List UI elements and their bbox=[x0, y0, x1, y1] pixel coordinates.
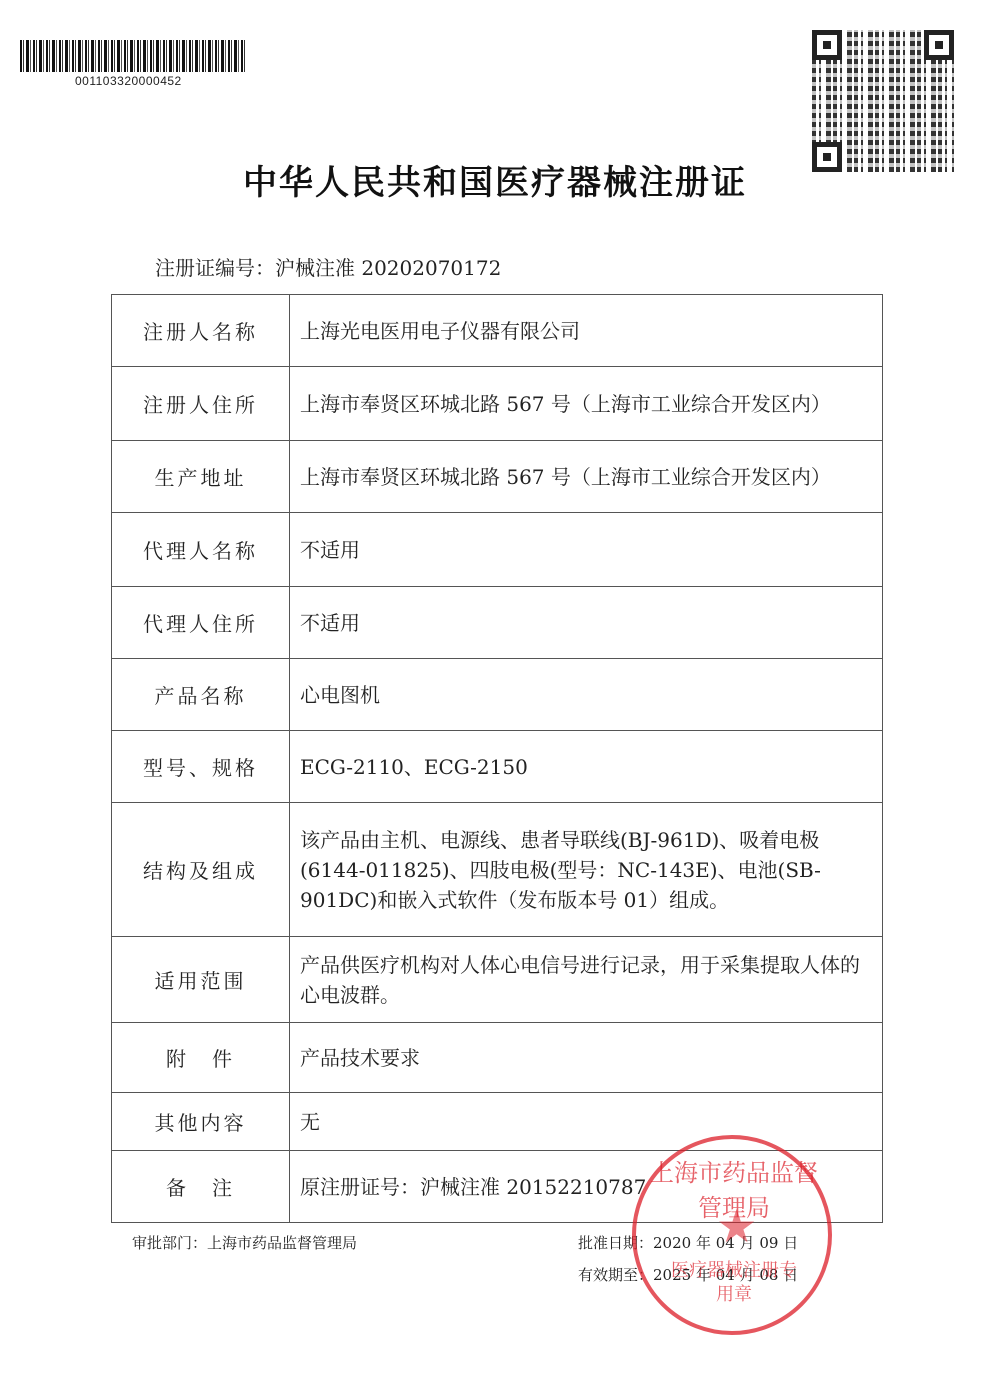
table-row: 注册人住所上海市奉贤区环城北路 567 号（上海市工业综合开发区内） bbox=[112, 367, 883, 441]
table-row: 附 件产品技术要求 bbox=[112, 1023, 883, 1093]
row-value: 上海光电医用电子仪器有限公司 bbox=[290, 295, 883, 367]
barcode bbox=[20, 40, 245, 72]
seal-bottom-text: 医疗器械注册专用章 bbox=[666, 1259, 802, 1307]
qr-code bbox=[812, 30, 954, 172]
qr-finder-top-right bbox=[924, 30, 954, 60]
row-label: 附 件 bbox=[112, 1023, 290, 1093]
table-row: 结构及组成该产品由主机、电源线、患者导联线(BJ-961D)、吸着电极(6144… bbox=[112, 803, 883, 937]
table-row: 代理人名称不适用 bbox=[112, 513, 883, 587]
row-label: 注册人住所 bbox=[112, 367, 290, 441]
row-label: 结构及组成 bbox=[112, 803, 290, 937]
row-label: 生产地址 bbox=[112, 441, 290, 513]
table-row: 适用范围产品供医疗机构对人体心电信号进行记录，用于采集提取人体的心电波群。 bbox=[112, 937, 883, 1023]
row-label: 代理人住所 bbox=[112, 587, 290, 659]
row-label: 适用范围 bbox=[112, 937, 290, 1023]
row-value: 无 bbox=[290, 1093, 883, 1151]
row-value: 上海市奉贤区环城北路 567 号（上海市工业综合开发区内） bbox=[290, 367, 883, 441]
row-value: 产品供医疗机构对人体心电信号进行记录，用于采集提取人体的心电波群。 bbox=[290, 937, 883, 1023]
row-value: 不适用 bbox=[290, 587, 883, 659]
registration-number-value: 沪械注准 20202070172 bbox=[275, 256, 501, 280]
row-label: 注册人名称 bbox=[112, 295, 290, 367]
row-label: 其他内容 bbox=[112, 1093, 290, 1151]
row-value: 不适用 bbox=[290, 513, 883, 587]
row-label: 代理人名称 bbox=[112, 513, 290, 587]
table-row: 代理人住所不适用 bbox=[112, 587, 883, 659]
table-row: 生产地址上海市奉贤区环城北路 567 号（上海市工业综合开发区内） bbox=[112, 441, 883, 513]
row-value: 该产品由主机、电源线、患者导联线(BJ-961D)、吸着电极(6144-0118… bbox=[290, 803, 883, 937]
qr-finder-top-left bbox=[812, 30, 842, 60]
row-value: ECG-2110、ECG-2150 bbox=[290, 731, 883, 803]
official-seal: 上海市药品监督管理局 ★ 医疗器械注册专用章 bbox=[632, 1135, 832, 1335]
row-value: 心电图机 bbox=[290, 659, 883, 731]
row-label: 型号、规格 bbox=[112, 731, 290, 803]
row-label: 产品名称 bbox=[112, 659, 290, 731]
certificate-table: 注册人名称上海光电医用电子仪器有限公司注册人住所上海市奉贤区环城北路 567 号… bbox=[111, 294, 883, 1223]
row-label: 备 注 bbox=[112, 1151, 290, 1223]
row-value: 产品技术要求 bbox=[290, 1023, 883, 1093]
seal-star-icon: ★ bbox=[716, 1199, 757, 1253]
table-row: 产品名称心电图机 bbox=[112, 659, 883, 731]
approval-department: 审批部门：上海市药品监督管理局 bbox=[132, 1232, 357, 1253]
registration-number-label: 注册证编号： bbox=[155, 256, 275, 280]
barcode-number: 001103320000452 bbox=[75, 74, 182, 88]
table-row: 注册人名称上海光电医用电子仪器有限公司 bbox=[112, 295, 883, 367]
document-title: 中华人民共和国医疗器械注册证 bbox=[0, 155, 990, 204]
table-row: 型号、规格ECG-2110、ECG-2150 bbox=[112, 731, 883, 803]
row-value: 上海市奉贤区环城北路 567 号（上海市工业综合开发区内） bbox=[290, 441, 883, 513]
registration-number: 注册证编号：沪械注准 20202070172 bbox=[155, 252, 501, 281]
